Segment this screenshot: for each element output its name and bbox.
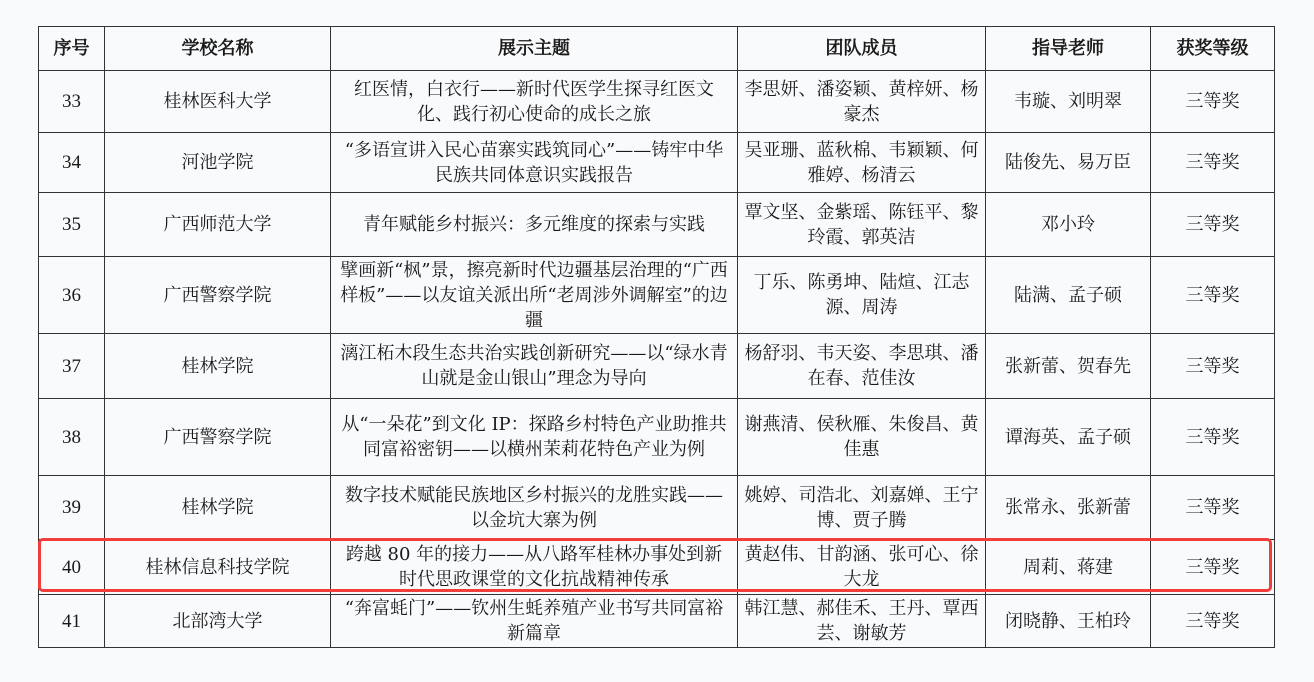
row-award: 三等奖 [1151,133,1275,193]
table-row: 38 广西警察学院 从“一朵花”到文化 IP：探路乡村特色产业助推共同富裕密钥—… [39,399,1275,476]
row-advisors: 韦璇、刘明翠 [986,71,1151,133]
table-header-row: 序号 学校名称 展示主题 团队成员 指导老师 获奖等级 [39,27,1275,71]
row-members: 覃文坚、金紫瑶、陈钰平、黎玲霞、郭英洁 [738,193,986,257]
row-topic: 从“一朵花”到文化 IP：探路乡村特色产业助推共同富裕密钥——以横州茉莉花特色产… [331,399,738,476]
row-school: 桂林信息科技学院 [105,540,331,595]
header-school: 学校名称 [105,27,331,71]
row-advisors: 闭晓静、王柏玲 [986,595,1151,648]
row-number: 39 [39,476,105,540]
row-school: 北部湾大学 [105,595,331,648]
row-advisors: 谭海英、孟子硕 [986,399,1151,476]
row-number: 41 [39,595,105,648]
table-body: 33 桂林医科大学 红医情，白衣行——新时代医学生探寻红医文化、践行初心使命的成… [39,71,1275,648]
row-members: 李思妍、潘姿颖、黄梓妍、杨豪杰 [738,71,986,133]
table-row: 39 桂林学院 数字技术赋能民族地区乡村振兴的龙胜实践——以金坑大寨为例 姚婷、… [39,476,1275,540]
row-members: 姚婷、司浩北、刘嘉婵、王宁博、贾子腾 [738,476,986,540]
header-topic: 展示主题 [331,27,738,71]
row-school: 广西警察学院 [105,257,331,334]
row-advisors: 陆俊先、易万臣 [986,133,1151,193]
row-members: 谢燕清、侯秋雁、朱俊昌、黄佳惠 [738,399,986,476]
row-award: 三等奖 [1151,399,1275,476]
row-advisors: 周莉、蒋建 [986,540,1151,595]
table-row: 33 桂林医科大学 红医情，白衣行——新时代医学生探寻红医文化、践行初心使命的成… [39,71,1275,133]
row-school: 桂林学院 [105,334,331,399]
row-topic: “多语宣讲入民心苗寨实践筑同心”——铸牢中华民族共同体意识实践报告 [331,133,738,193]
row-members: 黄赵伟、甘韵涵、张可心、徐大龙 [738,540,986,595]
header-advisors: 指导老师 [986,27,1151,71]
row-award: 三等奖 [1151,540,1275,595]
row-topic: 跨越 80 年的接力——从八路军桂林办事处到新时代思政课堂的文化抗战精神传承 [331,540,738,595]
header-award: 获奖等级 [1151,27,1275,71]
row-number: 37 [39,334,105,399]
table-row: 35 广西师范大学 青年赋能乡村振兴：多元维度的探索与实践 覃文坚、金紫瑶、陈钰… [39,193,1275,257]
awards-table: 序号 学校名称 展示主题 团队成员 指导老师 获奖等级 33 桂林医科大学 红医… [38,26,1275,648]
row-award: 三等奖 [1151,595,1275,648]
row-topic: 红医情，白衣行——新时代医学生探寻红医文化、践行初心使命的成长之旅 [331,71,738,133]
row-school: 桂林医科大学 [105,71,331,133]
row-school: 广西警察学院 [105,399,331,476]
table-row: 34 河池学院 “多语宣讲入民心苗寨实践筑同心”——铸牢中华民族共同体意识实践报… [39,133,1275,193]
row-number: 35 [39,193,105,257]
table-row: 41 北部湾大学 “奔富蚝门”——钦州生蚝养殖产业书写共同富裕新篇章 韩江慧、郝… [39,595,1275,648]
row-award: 三等奖 [1151,476,1275,540]
row-award: 三等奖 [1151,334,1275,399]
row-topic: 青年赋能乡村振兴：多元维度的探索与实践 [331,193,738,257]
header-number: 序号 [39,27,105,71]
row-school: 桂林学院 [105,476,331,540]
row-school: 河池学院 [105,133,331,193]
table-row-highlighted: 40 桂林信息科技学院 跨越 80 年的接力——从八路军桂林办事处到新时代思政课… [39,540,1275,595]
row-award: 三等奖 [1151,71,1275,133]
row-advisors: 陆满、孟子硕 [986,257,1151,334]
row-topic: 漓江柘木段生态共治实践创新研究——以“绿水青山就是金山银山”理念为导向 [331,334,738,399]
row-advisors: 邓小玲 [986,193,1151,257]
row-school: 广西师范大学 [105,193,331,257]
row-members: 丁乐、陈勇坤、陆煊、江志源、周涛 [738,257,986,334]
row-award: 三等奖 [1151,257,1275,334]
awards-table-container: 序号 学校名称 展示主题 团队成员 指导老师 获奖等级 33 桂林医科大学 红医… [38,26,1274,648]
row-members: 杨舒羽、韦天姿、李思琪、潘在春、范佳汝 [738,334,986,399]
row-advisors: 张常永、张新蕾 [986,476,1151,540]
row-members: 吴亚珊、蓝秋棉、韦颖颖、何雅婷、杨清云 [738,133,986,193]
row-topic: 擘画新“枫”景，擦亮新时代边疆基层治理的“广西样板”——以友谊关派出所“老周涉外… [331,257,738,334]
row-award: 三等奖 [1151,193,1275,257]
header-members: 团队成员 [738,27,986,71]
row-number: 36 [39,257,105,334]
table-row: 37 桂林学院 漓江柘木段生态共治实践创新研究——以“绿水青山就是金山银山”理念… [39,334,1275,399]
row-number: 33 [39,71,105,133]
row-number: 34 [39,133,105,193]
row-members: 韩江慧、郝佳禾、王丹、覃西芸、谢敏芳 [738,595,986,648]
row-number: 40 [39,540,105,595]
row-topic: 数字技术赋能民族地区乡村振兴的龙胜实践——以金坑大寨为例 [331,476,738,540]
row-advisors: 张新蕾、贺春先 [986,334,1151,399]
row-number: 38 [39,399,105,476]
row-topic: “奔富蚝门”——钦州生蚝养殖产业书写共同富裕新篇章 [331,595,738,648]
table-row: 36 广西警察学院 擘画新“枫”景，擦亮新时代边疆基层治理的“广西样板”——以友… [39,257,1275,334]
